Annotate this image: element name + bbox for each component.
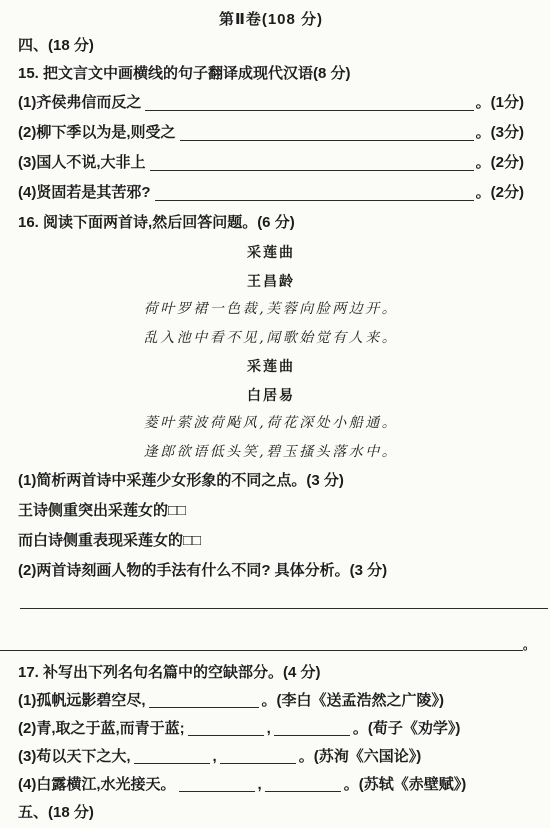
q17-item-2-source: (荀子《劝学》) xyxy=(368,715,461,743)
q17-item-3-pre: (3)苟以天下之大, xyxy=(18,743,131,771)
poem-line: 乱入池中看不见,闻歌始觉有人来。 xyxy=(18,324,524,353)
answer-blank xyxy=(134,743,210,764)
q17-item-2-pre: (2)青,取之于蓝,而青于蓝; xyxy=(18,715,185,743)
q16-sub2: (2)两首诗刻画人物的手法有什么不同? 具体分析。(3 分) xyxy=(18,556,524,586)
sentence-period: 。 xyxy=(476,148,491,178)
sentence-period: 。 xyxy=(476,118,491,148)
section-five-label: 五、(18 分) xyxy=(18,799,524,827)
q15-item-4-score: (2分) xyxy=(491,178,524,208)
q17-item-1-source: (李白《送孟浩然之广陵》) xyxy=(277,687,445,715)
q17-item-2-separator: , xyxy=(267,715,271,743)
q17-item-4-source: (苏轼《赤壁赋》) xyxy=(359,771,467,799)
q17-item-1-pre: (1)孤帆远影碧空尽, xyxy=(18,687,146,715)
answer-blank xyxy=(179,771,255,792)
q17-item-4: (4)白露横江,水光接天。 , 。 (苏轼《赤壁赋》) xyxy=(18,771,524,799)
answer-rule-2 xyxy=(0,636,523,651)
poem-author: 王昌龄 xyxy=(18,267,524,296)
poem-title: 采莲曲 xyxy=(18,352,524,381)
q15-item-1-label: (1)齐侯弗信而反之 xyxy=(18,88,141,118)
answer-blank xyxy=(220,743,296,764)
q17-item-4-pre: (4)白露横江,水光接天。 xyxy=(18,771,176,799)
page-title: 第Ⅱ卷(108 分) xyxy=(18,8,524,32)
q15-item-4-label: (4)贤固若是其苦邪? xyxy=(18,178,151,208)
section-four-label: 四、(18 分) xyxy=(18,32,524,60)
q17-item-3-source: (苏洵《六国论》) xyxy=(314,743,422,771)
q17-item-2-period: 。 xyxy=(353,715,368,743)
q17-item-3-period: 。 xyxy=(299,743,314,771)
sentence-period: 。 xyxy=(476,88,491,118)
poem-line: 逢郎欲语低头笑,碧玉搔头落水中。 xyxy=(18,438,524,467)
q17-item-3-separator: , xyxy=(213,743,217,771)
q15-item-3: (3)国人不说,大非上 。 (2分) xyxy=(18,148,524,178)
answer-blank xyxy=(155,180,474,201)
q15-title: 15. 把文言文中画横线的句子翻译成现代汉语(8 分) xyxy=(18,60,524,88)
q15-item-1: (1)齐侯弗信而反之 。 (1分) xyxy=(18,88,524,118)
answer-blank xyxy=(150,150,474,171)
q15-item-2-label: (2)柳下季以为是,则受之 xyxy=(18,118,176,148)
q15-item-3-label: (3)国人不说,大非上 xyxy=(18,148,146,178)
answer-rule-2-wrap: 。 xyxy=(0,635,550,651)
q15-item-2-score: (3分) xyxy=(491,118,524,148)
answer-blank xyxy=(180,120,474,141)
q16-fill-line-wang: 王诗侧重突出采莲女的□□ xyxy=(18,496,524,526)
poem-author: 白居易 xyxy=(18,381,524,410)
poem-title: 采莲曲 xyxy=(18,238,524,267)
q15-item-1-score: (1分) xyxy=(491,88,524,118)
q17-item-4-period: 。 xyxy=(344,771,359,799)
poem-block-bai: 采莲曲 白居易 菱叶萦波荷飐风,荷花深处小船通。 逢郎欲语低头笑,碧玉搔头落水中… xyxy=(18,352,524,466)
exam-paper-page: 第Ⅱ卷(108 分) 四、(18 分) 15. 把文言文中画横线的句子翻译成现代… xyxy=(0,0,550,828)
poem-block-wang: 采莲曲 王昌龄 荷叶罗裙一色裁,芙蓉向脸两边开。 乱入池中看不见,闻歌始觉有人来… xyxy=(18,238,524,352)
q17-title: 17. 补写出下列名句名篇中的空缺部分。(4 分) xyxy=(18,659,524,687)
answer-blank xyxy=(274,715,350,736)
answer-rule-1 xyxy=(20,608,548,609)
q16-title: 16. 阅读下面两首诗,然后回答问题。(6 分) xyxy=(18,208,524,238)
answer-blank xyxy=(265,771,341,792)
sentence-period: 。 xyxy=(476,178,491,208)
answer-blank xyxy=(145,90,473,111)
q17-item-4-separator: , xyxy=(258,771,262,799)
poem-line: 菱叶萦波荷飐风,荷花深处小船通。 xyxy=(18,409,524,438)
answer-blank xyxy=(149,687,259,708)
q15-item-3-score: (2分) xyxy=(491,148,524,178)
answer-blank xyxy=(188,715,264,736)
q17-item-1-period: 。 xyxy=(262,687,277,715)
q17-item-3: (3)苟以天下之大, , 。 (苏洵《六国论》) xyxy=(18,743,524,771)
q17-item-1: (1)孤帆远影碧空尽, 。 (李白《送孟浩然之广陵》) xyxy=(18,687,524,715)
q16-fill-line-bai: 而白诗侧重表现采莲女的□□ xyxy=(18,526,524,556)
q17-item-2: (2)青,取之于蓝,而青于蓝; , 。 (荀子《劝学》) xyxy=(18,715,524,743)
q15-item-2: (2)柳下季以为是,则受之 。 (3分) xyxy=(18,118,524,148)
poem-line: 荷叶罗裙一色裁,芙蓉向脸两边开。 xyxy=(18,295,524,324)
rule-end-period: 。 xyxy=(523,639,535,651)
q15-item-4: (4)贤固若是其苦邪? 。 (2分) xyxy=(18,178,524,208)
q16-sub1: (1)简析两首诗中采莲少女形象的不同之点。(3 分) xyxy=(18,466,524,496)
